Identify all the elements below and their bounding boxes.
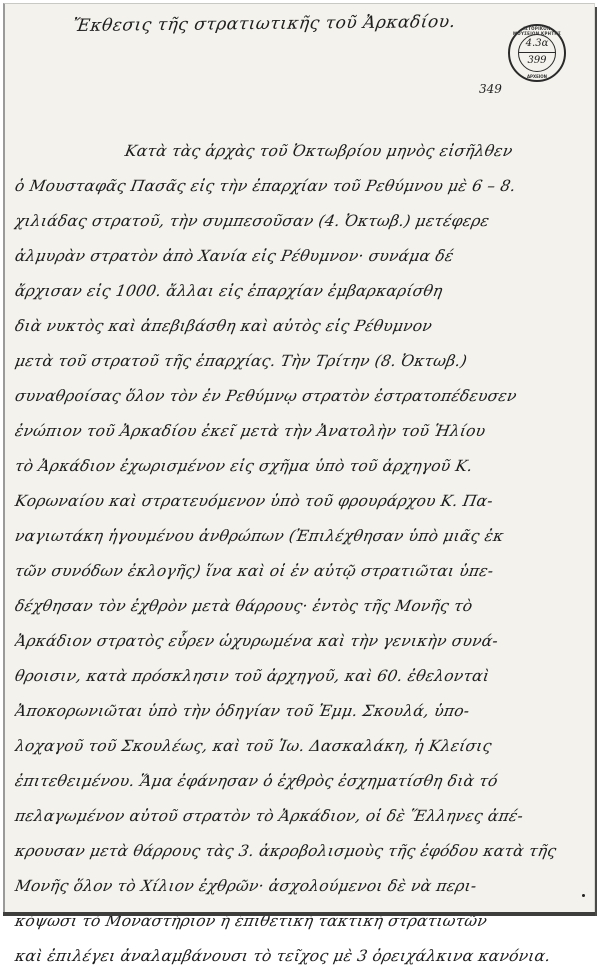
stamp-upper-value: 4.3α [519, 38, 555, 49]
manuscript-line: διὰ νυκτὸς καὶ ἀπεβιβάσθη καὶ αὐτὸς εἰς … [12, 309, 588, 344]
manuscript-line: λοχαγοῦ τοῦ Σκουλέως, καὶ τοῦ Ἰω. Δασκαλ… [12, 729, 588, 764]
document-title: Ἔκθεσις τῆς στρατιωτικῆς τοῦ Ἀρκαδίου. [71, 12, 456, 36]
manuscript-line: ἐπιτεθειμένου. Ἅμα ἐφάνησαν ὁ ἐχθρὸς ἐσχ… [12, 764, 588, 799]
manuscript-line: Μονῆς ὅλον τὸ Χίλιον ἐχθρῶν· ἀσχολούμενο… [12, 869, 588, 904]
manuscript-body: Κατὰ τὰς ἀρχὰς τοῦ Ὀκτωβρίου μηνὸς εἰσῆλ… [15, 134, 585, 920]
stamp-inner-circle: 4.3α 399 [518, 34, 556, 72]
manuscript-line: ἄρχισαν εἰς 1000. ἄλλαι εἰς ἐπαρχίαν ἐμβ… [12, 274, 588, 309]
manuscript-line: συναθροίσας ὅλον τὸν ἐν Ρεθύμνῳ στρατὸν … [12, 379, 588, 414]
manuscript-line: θροισιν, κατὰ πρόσκλησιν τοῦ ἀρχηγοῦ, κα… [12, 659, 588, 694]
manuscript-line: δέχθησαν τὸν ἐχθρὸν μετὰ θάρρους· ἐντὸς … [12, 589, 588, 624]
manuscript-line: τὸ Ἀρκάδιον ἐχωρισμένον εἰς σχῆμα ὑπὸ το… [12, 449, 588, 484]
page-shadow [3, 912, 595, 916]
manuscript-line: τῶν συνόδων ἐκλογῆς) ἵνα καὶ οἱ ἐν αὐτῷ … [12, 554, 588, 589]
manuscript-line: Ἀποκορωνιῶται ὑπὸ τὴν ὁδηγίαν τοῦ Ἐμμ. Σ… [12, 694, 588, 729]
manuscript-line: Κορωναίου καὶ στρατευόμενον ὑπὸ τοῦ φρου… [12, 484, 588, 519]
stamp-lower-value: 399 [519, 55, 555, 66]
manuscript-line: χιλιάδας στρατοῦ, τὴν συμπεσοῦσαν (4. Ὀκ… [12, 204, 588, 239]
manuscript-line: Ἀρκάδιον στρατὸς εὗρεν ὡχυρωμένα καὶ τὴν… [12, 624, 588, 659]
manuscript-line: μετὰ τοῦ στρατοῦ τῆς ἐπαρχίας. Τὴν Τρίτη… [12, 344, 588, 379]
archive-stamp: ΙΣΤΟΡΙΚΟΝ ΜΟΥΣΕΙΟΝ ΚΡΗΤΗΣ 4.3α 399 ΑΡΧΕΙ… [508, 24, 566, 82]
manuscript-line: ὁ Μουσταφᾶς Πασᾶς εἰς τὴν ἐπαρχίαν τοῦ Ρ… [12, 169, 588, 204]
manuscript-line: ναγιωτάκη ἡγουμένου ἀνθρώπων (Ἐπιλέχθησα… [12, 519, 588, 554]
manuscript-line: Κατὰ τὰς ἀρχὰς τοῦ Ὀκτωβρίου μηνὸς εἰσῆλ… [12, 134, 588, 169]
manuscript-line: πελαγωμένον αὐτοῦ στρατὸν τὸ Ἀρκάδιον, ο… [12, 799, 588, 834]
stamp-ring-text-bottom: ΑΡΧΕΙΟΝ [510, 74, 564, 79]
manuscript-page: Ἔκθεσις τῆς στρατιωτικῆς τοῦ Ἀρκαδίου. Ι… [3, 3, 595, 912]
stamp-divider [519, 52, 555, 53]
manuscript-line: κρουσαν μετὰ θάρρους τὰς 3. ἀκροβολισμοὺ… [12, 834, 588, 869]
folio-number: 349 [479, 82, 502, 96]
end-mark [582, 894, 585, 897]
manuscript-line: ἀλμυρὰν στρατὸν ἀπὸ Χανία εἰς Ρέθυμνον· … [12, 239, 588, 274]
manuscript-line: ἐνώπιον τοῦ Ἀρκαδίου ἐκεῖ μετὰ τὴν Ἀνατο… [12, 414, 588, 449]
